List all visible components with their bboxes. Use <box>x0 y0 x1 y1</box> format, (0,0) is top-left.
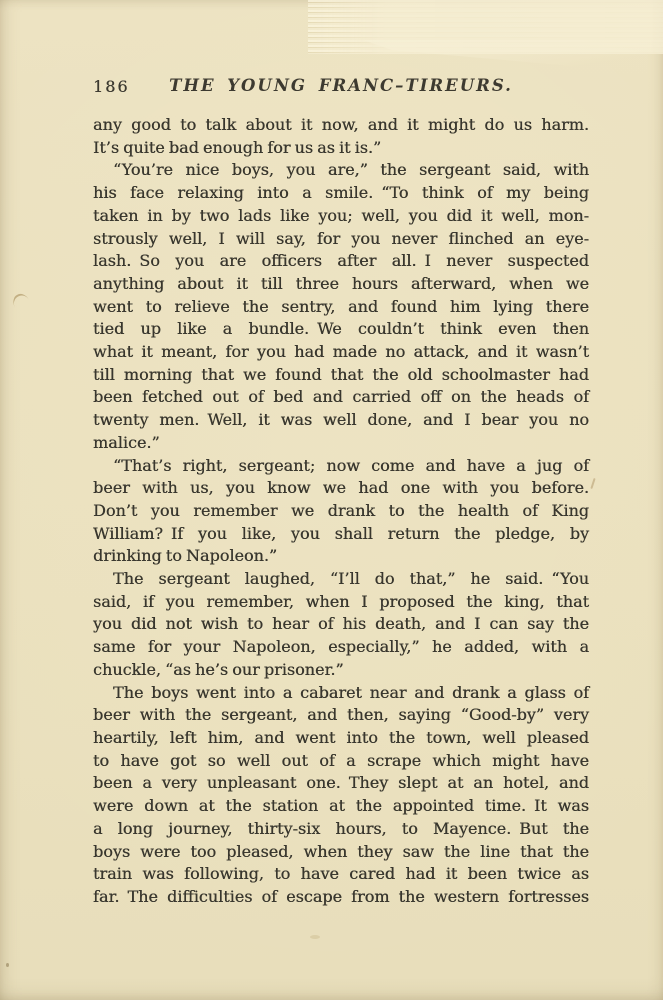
text-line: a long journey, thirty-six hours, to May… <box>93 818 589 841</box>
text-line: been a very unpleasant one. They slept a… <box>93 772 589 795</box>
running-title: THE YOUNG FRANC–TIREURS. <box>93 76 589 95</box>
text-line: anything about it till three hours after… <box>93 273 589 296</box>
page-blemish <box>10 291 30 309</box>
page-blemish <box>6 963 9 967</box>
text-line: said, if you remember, when I proposed t… <box>93 591 589 614</box>
text-line: what it meant, for you had made no attac… <box>93 341 589 364</box>
text-line: tied up like a bundle. We couldn’t think… <box>93 318 589 341</box>
text-line: were down at the station at the appointe… <box>93 795 589 818</box>
text-line: strously well, I will say, for you never… <box>93 228 589 251</box>
text-line: to have got so well out of a scrape whic… <box>93 750 589 773</box>
text-line: It’s quite bad enough for us as it is.” <box>93 137 589 160</box>
text-line: been fetched out of bed and carried off … <box>93 386 589 409</box>
text-line: any good to talk about it now, and it mi… <box>93 114 589 137</box>
text-line: The sergeant laughed, “I’ll do that,” he… <box>93 568 589 591</box>
text-line: lash. So you are officers after all. I n… <box>93 250 589 273</box>
text-line: William? If you like, you shall return t… <box>93 523 589 546</box>
text-line: The boys went into a cabaret near and dr… <box>93 682 589 705</box>
text-line: till morning that we found that the old … <box>93 364 589 387</box>
text-line: you did not wish to hear of his death, a… <box>93 613 589 636</box>
text-line: train was following, to have cared had i… <box>93 863 589 886</box>
page-corner-shading <box>363 40 663 74</box>
text-line: “You’re nice boys, you are,” the sergean… <box>93 159 589 182</box>
text-line: boys were too pleased, when they saw the… <box>93 841 589 864</box>
text-line: same for your Napoleon, especially,” he … <box>93 636 589 659</box>
page-blemish <box>590 478 595 489</box>
text-line: malice.” <box>93 432 589 455</box>
book-page: 186 THE YOUNG FRANC–TIREURS. any good to… <box>0 0 663 1000</box>
text-line: heartily, left him, and went into the to… <box>93 727 589 750</box>
page-header: 186 THE YOUNG FRANC–TIREURS. <box>93 76 589 98</box>
text-line: drinking to Napoleon.” <box>93 545 589 568</box>
text-line: beer with the sergeant, and then, saying… <box>93 704 589 727</box>
page-blemish <box>310 935 320 939</box>
text-line: Don’t you remember we drank to the healt… <box>93 500 589 523</box>
body-text: any good to talk about it now, and it mi… <box>93 114 589 909</box>
text-line: taken in by two lads like you; well, you… <box>93 205 589 228</box>
text-line: “That’s right, sergeant; now come and ha… <box>93 455 589 478</box>
text-line: beer with us, you know we had one with y… <box>93 477 589 500</box>
text-line: his face relaxing into a smile. “To thin… <box>93 182 589 205</box>
text-line: far. The difficulties of escape from the… <box>93 886 589 909</box>
text-line: chuckle, “as he’s our prisoner.” <box>93 659 589 682</box>
text-line: twenty men. Well, it was well done, and … <box>93 409 589 432</box>
text-line: went to relieve the sentry, and found hi… <box>93 296 589 319</box>
